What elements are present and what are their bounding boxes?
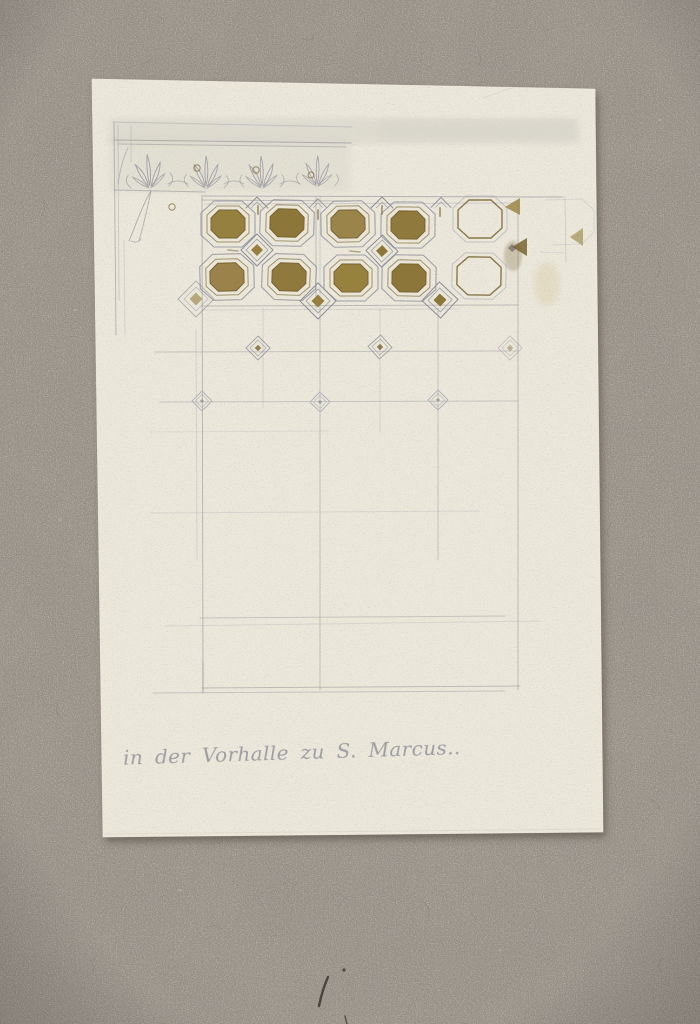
- scanned-drawing: in der Vorhalle zu S. Marcus..: [0, 0, 700, 1024]
- vignette: [0, 0, 700, 1024]
- artwork-scan-svg: [0, 0, 700, 1024]
